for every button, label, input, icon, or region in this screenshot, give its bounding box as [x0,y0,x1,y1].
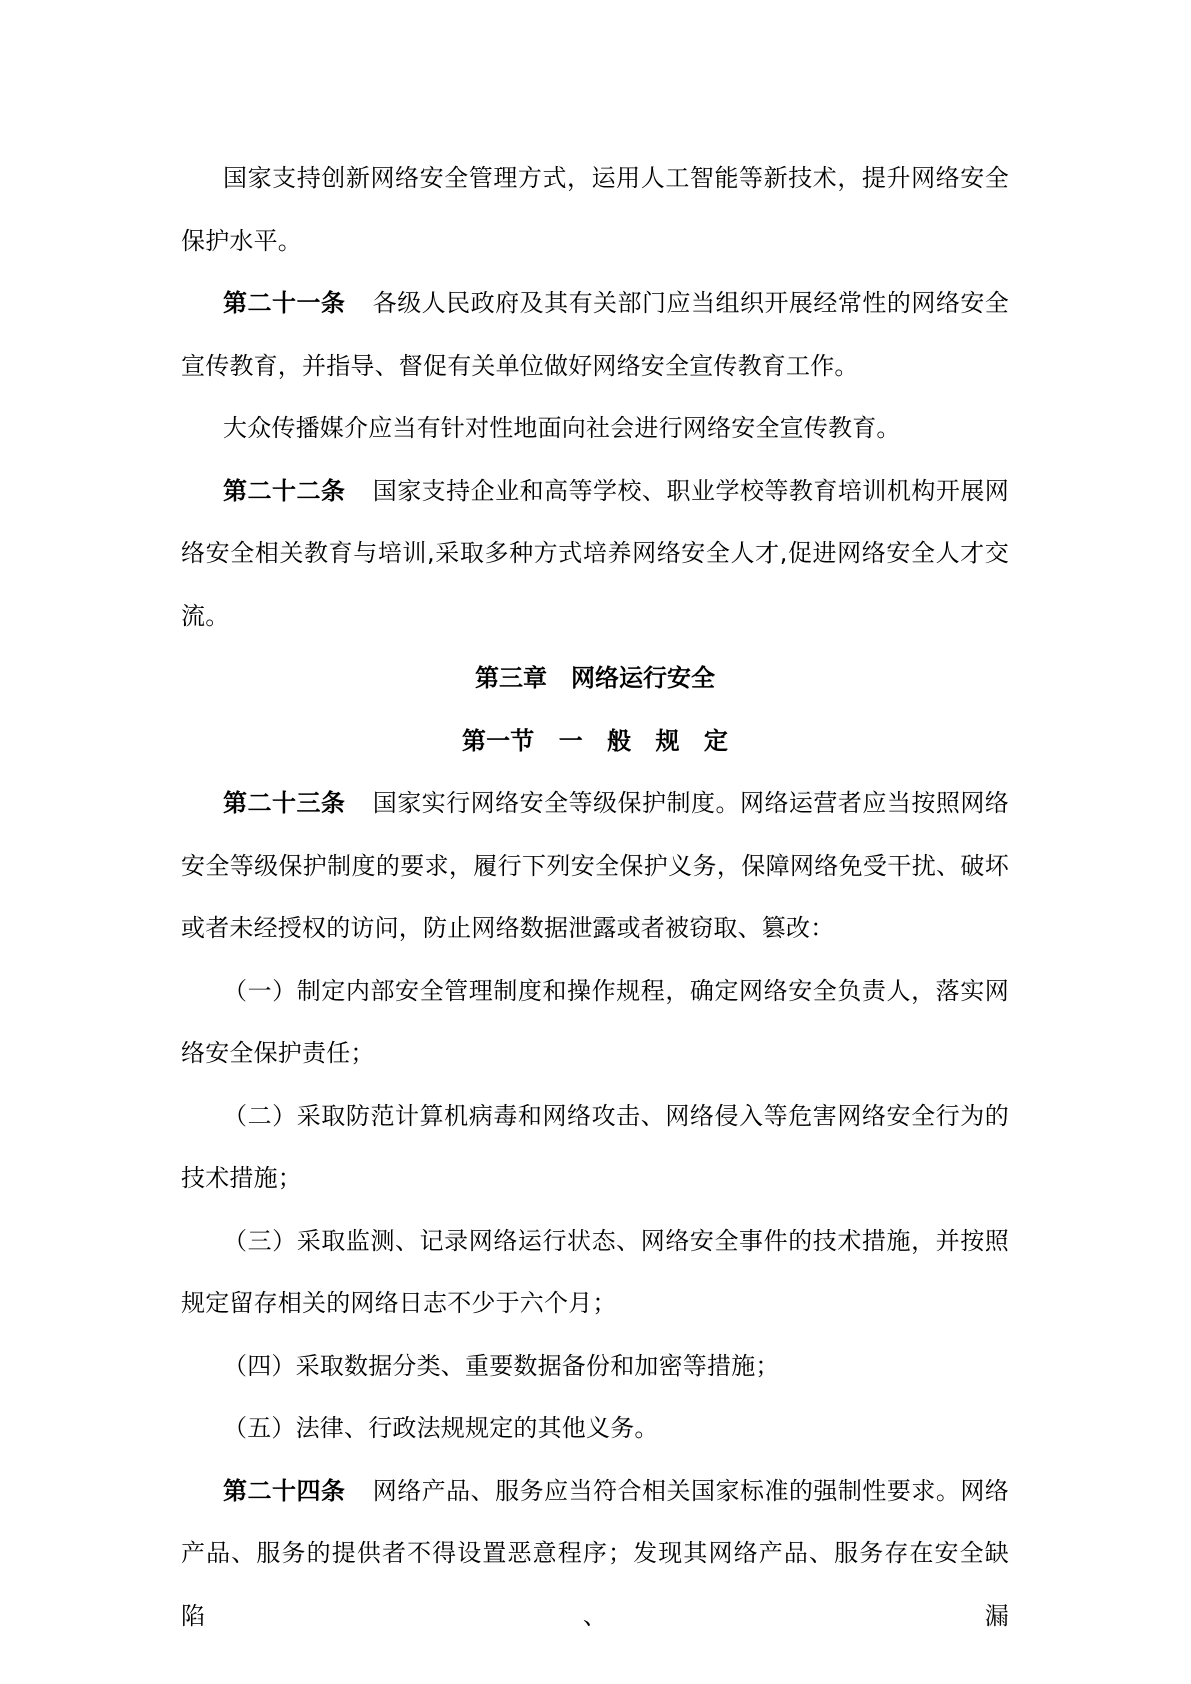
list-item-5: （五）法律、行政法规规定的其他义务。 [181,1397,1009,1460]
section-heading: 第一节 一 般 规 定 [181,710,1009,773]
article-label: 第二十三条 [223,789,345,817]
article-label: 第二十一条 [223,289,345,317]
article-23: 第二十三条国家实行网络安全等级保护制度。网络运营者应当按照网络安全等级保护制度的… [181,772,1009,960]
list-item-4: （四）采取数据分类、重要数据备份和加密等措施； [181,1335,1009,1398]
paragraph-innovation: 国家支持创新网络安全管理方式，运用人工智能等新技术，提升网络安全保护水平。 [181,147,1009,272]
document-page: 国家支持创新网络安全管理方式，运用人工智能等新技术，提升网络安全保护水平。 第二… [181,147,1009,1647]
chapter-heading: 第三章 网络运行安全 [181,647,1009,710]
list-item-3: （三）采取监测、记录网络运行状态、网络安全事件的技术措施，并按照规定留存相关的网… [181,1210,1009,1335]
list-item-1: （一）制定内部安全管理制度和操作规程，确定网络安全负责人，落实网络安全保护责任； [181,960,1009,1085]
article-24: 第二十四条网络产品、服务应当符合相关国家标准的强制性要求。网络产品、服务的提供者… [181,1460,1009,1648]
article-22: 第二十二条国家支持企业和高等学校、职业学校等教育培训机构开展网络安全相关教育与培… [181,460,1009,648]
list-item-2: （二）采取防范计算机病毒和网络攻击、网络侵入等危害网络安全行为的技术措施； [181,1085,1009,1210]
article-label: 第二十四条 [223,1477,345,1505]
article-label: 第二十二条 [223,477,345,505]
article-21: 第二十一条各级人民政府及其有关部门应当组织开展经常性的网络安全宣传教育，并指导、… [181,272,1009,397]
paragraph-mass-media: 大众传播媒介应当有针对性地面向社会进行网络安全宣传教育。 [181,397,1009,460]
